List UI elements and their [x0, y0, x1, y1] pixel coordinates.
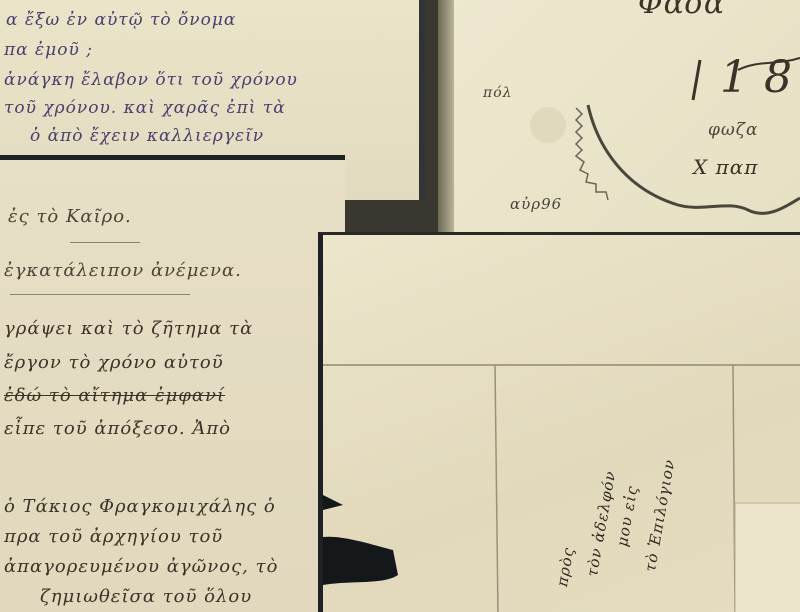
text-line: ἐγκατάλειπον ἀνέμενα.: [4, 260, 242, 281]
text-line: ἔργον τὸ χρόνο αὐτοῦ: [4, 352, 224, 373]
text-line: ἀπαγορευμένου ἀγῶνος, τὸ: [4, 556, 278, 577]
text-line: πρα τοῦ ἀρχηγίου τοῦ: [4, 526, 223, 547]
text-line: γράψει καὶ τὸ ζῆτημα τὰ: [4, 318, 253, 339]
underline: [10, 294, 190, 295]
note-1: φωζα: [708, 120, 758, 140]
address-line: μου εἰς: [613, 484, 641, 548]
underline: [70, 242, 140, 243]
note-4: αὐρ96: [510, 195, 562, 213]
text-line: εἶπε τοῦ ἀπόξεσο. Ἀπὸ: [4, 418, 231, 439]
text-line: τοῦ χρόνου. καὶ χαρᾶς ἐπὶ τὰ: [4, 98, 286, 118]
text-line: ἐς τὸ Καῖρο.: [8, 206, 132, 227]
address-block: πρὸς τὸν ἀδελφόν μου εἰς τὸ Ἐπιλόγιον: [573, 375, 773, 612]
map-sketch-drawing: [438, 0, 800, 232]
note-3: πόλ: [483, 85, 513, 101]
text-line: α ἔξω ἐν αὐτῷ τὸ ὄνομα: [6, 10, 236, 30]
sheet-bottom-right-letter: πρὸς τὸν ἀδελφόν μου εἰς τὸ Ἐπιλόγιον: [318, 232, 800, 612]
date-text: 1 8: [720, 52, 793, 103]
note-2: Χ παπ: [693, 155, 758, 179]
text-line: ὁ ἀπὸ ἔχειν καλλιεργεῖν: [30, 126, 264, 146]
sheet-mid-left: ἐς τὸ Καῖρο. ἐγκατάλειπον ἀνέμενα. γράψε…: [0, 155, 345, 612]
text-line: ζημιωθεῖσα τοῦ ὅλου: [40, 586, 252, 607]
text-line: πα ἐμοῦ ;: [4, 40, 93, 60]
wax-seal-fragment: [323, 537, 398, 585]
address-line: τὸν ἀδελφόν: [583, 469, 619, 578]
sheet-top-right: Φάδα 1 8 φωζα Χ παπ πόλ αὐρ96: [438, 0, 800, 232]
text-line: ἀνάγκη ἔλαβον ὅτι τοῦ χρόνου: [4, 70, 298, 90]
address-line: τὸ Ἐπιλόγιον: [641, 458, 679, 574]
manuscripts-photo: Φάδα 1 8 φωζα Χ παπ πόλ αὐρ96 α ἔξω ἐν α…: [0, 0, 800, 612]
text-line-struck: ἐδώ τὸ αἴτημα ἐμφανί: [4, 385, 225, 406]
heading-text: Φάδα: [638, 0, 725, 21]
text-line: ὁ Τάκιος Φραγκομιχάλης ὁ: [4, 496, 276, 517]
